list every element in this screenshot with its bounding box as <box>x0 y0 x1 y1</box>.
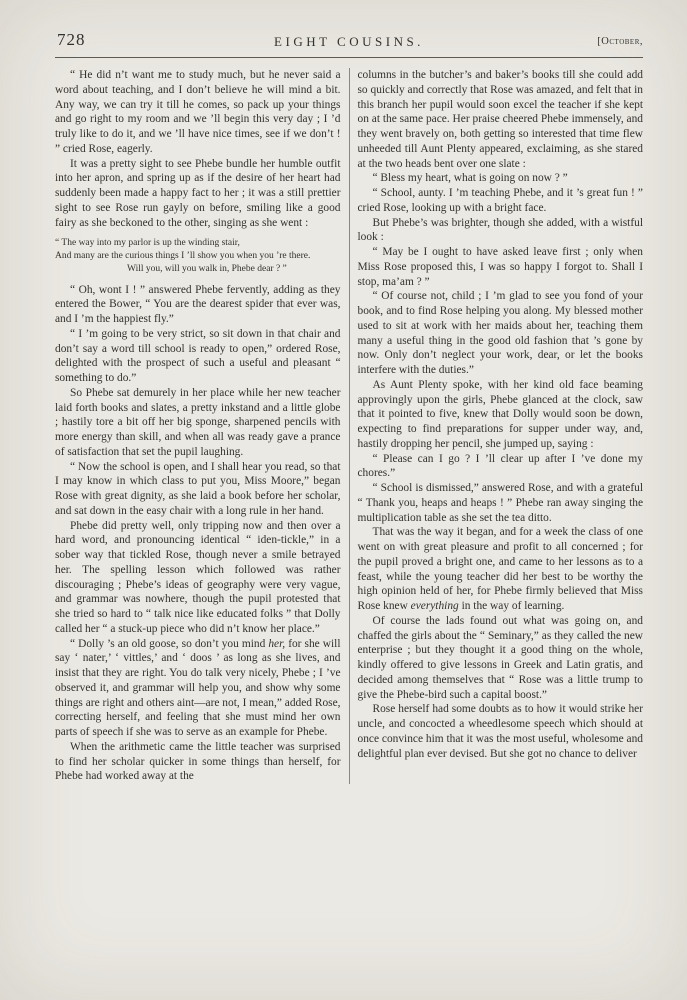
issue-date: [October, <box>597 36 643 47</box>
italic-word: everything <box>411 600 459 612</box>
verse: “ The way into my parlor is up the windi… <box>55 237 341 275</box>
paragraph: “ Dolly ’s an old goose, so don’t you mi… <box>55 637 341 740</box>
paragraph: It was a pretty sight to see Phebe bundl… <box>55 157 341 231</box>
page-header: 728 EIGHT COUSINS. [October, <box>55 30 643 52</box>
right-column: columns in the butcher’s and baker’s boo… <box>358 68 644 784</box>
paragraph: “ May be I ought to have asked leave fir… <box>358 245 644 289</box>
paragraph: That was the way it began, and for a wee… <box>358 525 644 614</box>
paragraph: “ He did n’t want me to study much, but … <box>55 68 341 157</box>
paragraph: “ Bless my heart, what is going on now ?… <box>358 171 644 186</box>
paragraph: columns in the butcher’s and baker’s boo… <box>358 68 644 171</box>
paragraph: Of course the lads found out what was go… <box>358 614 644 703</box>
paragraph: “ I ’m going to be very strict, so sit d… <box>55 327 341 386</box>
verse-line: And many are the curious things I ’ll sh… <box>55 250 341 263</box>
page-number: 728 <box>57 30 86 50</box>
text-columns: “ He did n’t want me to study much, but … <box>55 68 643 784</box>
paragraph: When the arithmetic came the little teac… <box>55 740 341 784</box>
paragraph: So Phebe sat demurely in her place while… <box>55 386 341 460</box>
paragraph-text: “ Dolly ’s an old goose, so don’t you mi… <box>70 638 268 650</box>
verse-line: Will you, will you walk in, Phebe dear ?… <box>55 263 341 276</box>
paragraph: As Aunt Plenty spoke, with her kind old … <box>358 378 644 452</box>
header-rule <box>55 57 643 58</box>
paragraph: “ Now the school is open, and I shall he… <box>55 460 341 519</box>
paragraph-text: for she will say ‘ nater,’ ‘ vittles,’ a… <box>55 638 341 739</box>
paragraph: “ School, aunty. I ’m teaching Phebe, an… <box>358 186 644 216</box>
book-page: 728 EIGHT COUSINS. [October, “ He did n’… <box>0 0 687 1000</box>
running-title: EIGHT COUSINS. <box>274 34 424 50</box>
paragraph: “ School is dismissed,” answered Rose, a… <box>358 481 644 525</box>
paragraph: “ Oh, wont I ! ” answered Phebe ferventl… <box>55 283 341 327</box>
paragraph: Phebe did pretty well, only tripping now… <box>55 519 341 637</box>
verse-line: “ The way into my parlor is up the windi… <box>55 237 341 250</box>
italic-word: her, <box>268 638 285 650</box>
paragraph-text: in the way of learning. <box>459 600 565 612</box>
paragraph: “ Of course not, child ; I ’m glad to se… <box>358 289 644 378</box>
column-divider <box>349 68 350 784</box>
paragraph: But Phebe’s was brighter, though she add… <box>358 216 644 246</box>
paragraph: “ Please can I go ? I ’ll clear up after… <box>358 452 644 482</box>
left-column: “ He did n’t want me to study much, but … <box>55 68 341 784</box>
paragraph: Rose herself had some doubts as to how i… <box>358 702 644 761</box>
